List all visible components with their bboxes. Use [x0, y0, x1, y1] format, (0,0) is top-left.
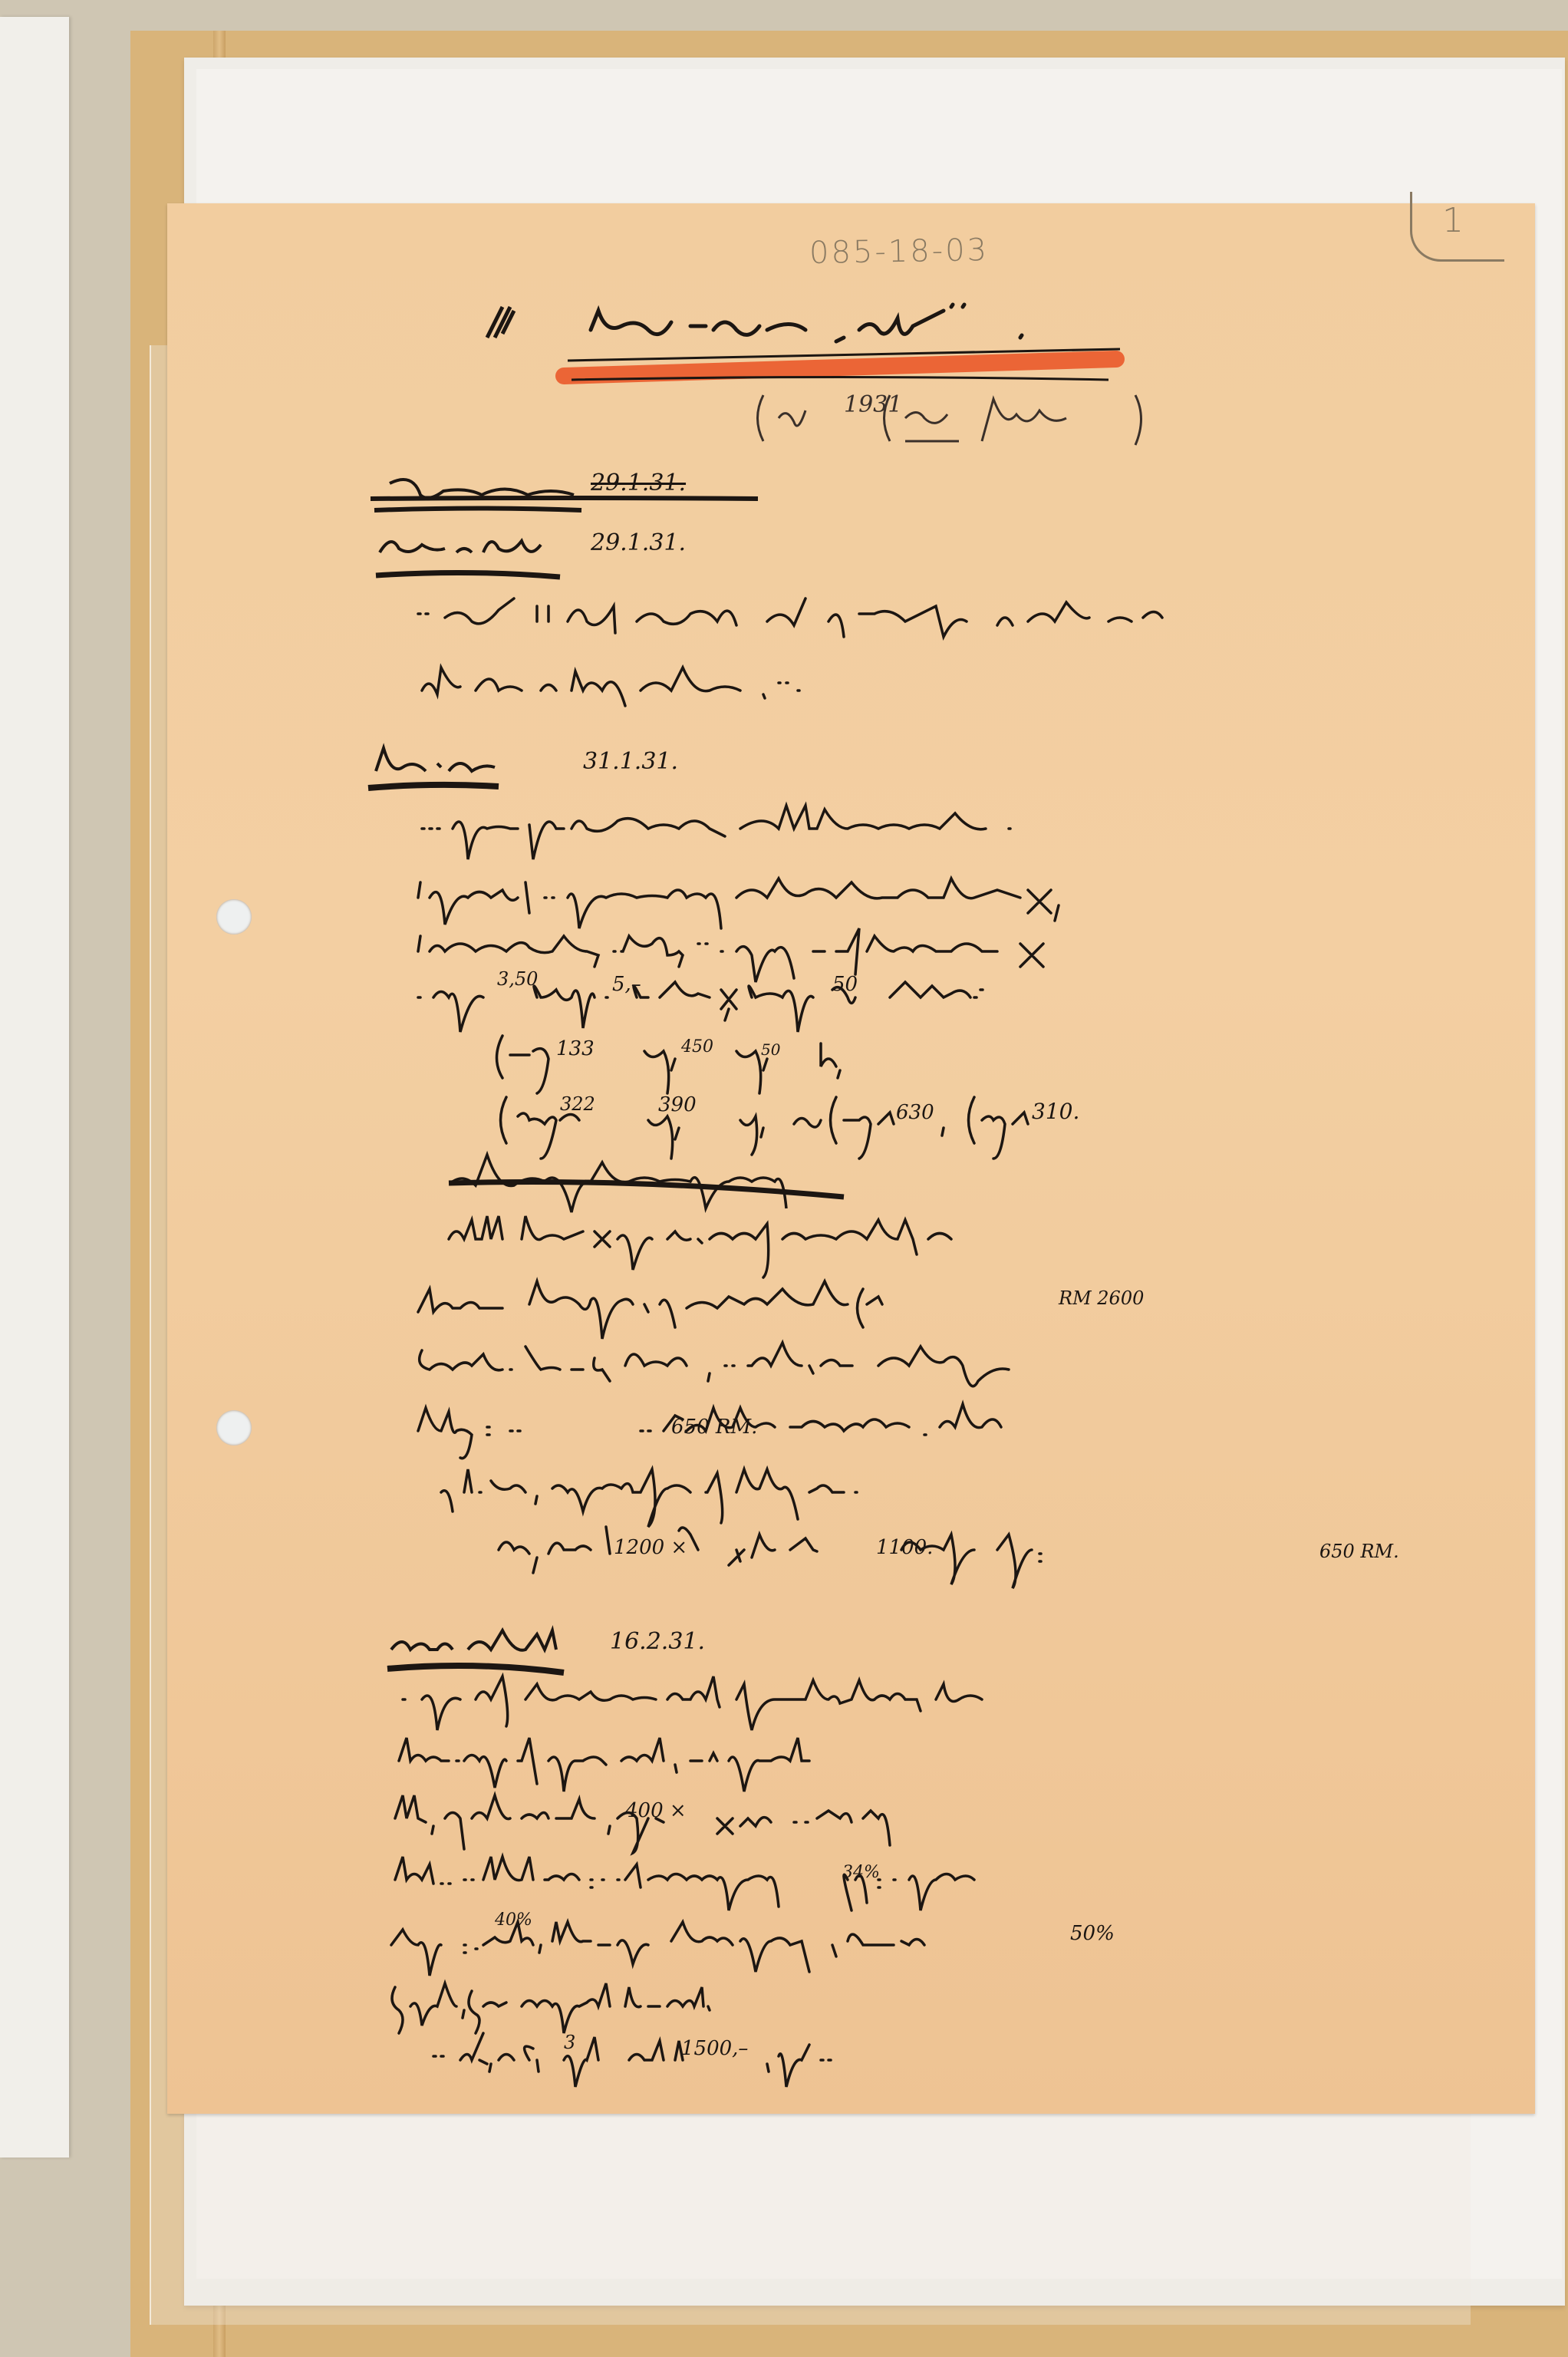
entry-date: 31.1.31. [583, 748, 678, 775]
amount-400: 400 × [625, 1799, 687, 1822]
amount-650-rm-2: 650 RM. [1319, 1541, 1399, 1562]
amount-1100: 1100. [876, 1536, 933, 1559]
amount-630: 630 [896, 1101, 934, 1124]
entry-heading-shorthand [364, 740, 595, 798]
percent-50: 50% [1070, 1922, 1115, 1945]
red-crayon-underline [556, 345, 1124, 391]
shorthand-line [414, 591, 1473, 644]
amount-1200: 1200 × [614, 1536, 687, 1559]
amount-450: 450 [681, 1037, 713, 1057]
entry-date: 16.2.31. [610, 1628, 705, 1655]
punch-hole-top [216, 899, 252, 935]
amount-1500: 1500,– [681, 2037, 748, 2060]
amount-rm-2600: RM 2600 [1059, 1287, 1144, 1309]
amount-133: 133 [556, 1037, 595, 1060]
amount-322: 322 [560, 1093, 595, 1115]
shorthand-line [399, 1669, 1473, 1738]
left-white-sheet [0, 17, 69, 2158]
percent-40: 40% [495, 1910, 532, 1930]
number-3: 3 [564, 2032, 575, 2053]
title-year: 1931 [844, 391, 902, 418]
entry-heading-shorthand [368, 522, 598, 583]
entry-date: 29.1.31. [591, 529, 686, 556]
percent-34: 34% [842, 1863, 880, 1882]
shorthand-line [418, 798, 1454, 867]
amount-390: 390 [658, 1093, 697, 1116]
amount-3-50: 3,50 [497, 968, 538, 990]
shorthand-line [418, 660, 1032, 714]
title-subtitle-shorthand [752, 387, 1151, 449]
shorthand-line [430, 2026, 1120, 2102]
amount-650-rm: 650 RM. [671, 1416, 757, 1439]
amount-310: 310. [1032, 1099, 1079, 1124]
struck-heading [367, 468, 796, 514]
archive-number: 085-18-03 [809, 232, 990, 271]
struck-date: 29.1.31. [591, 470, 686, 496]
punch-hole-bottom [216, 1410, 252, 1446]
amount-50b: 50 [761, 1040, 780, 1059]
page-number: 1 [1442, 201, 1464, 240]
amount-50: 50 [832, 973, 858, 996]
amount-5: 5,– [612, 973, 641, 996]
